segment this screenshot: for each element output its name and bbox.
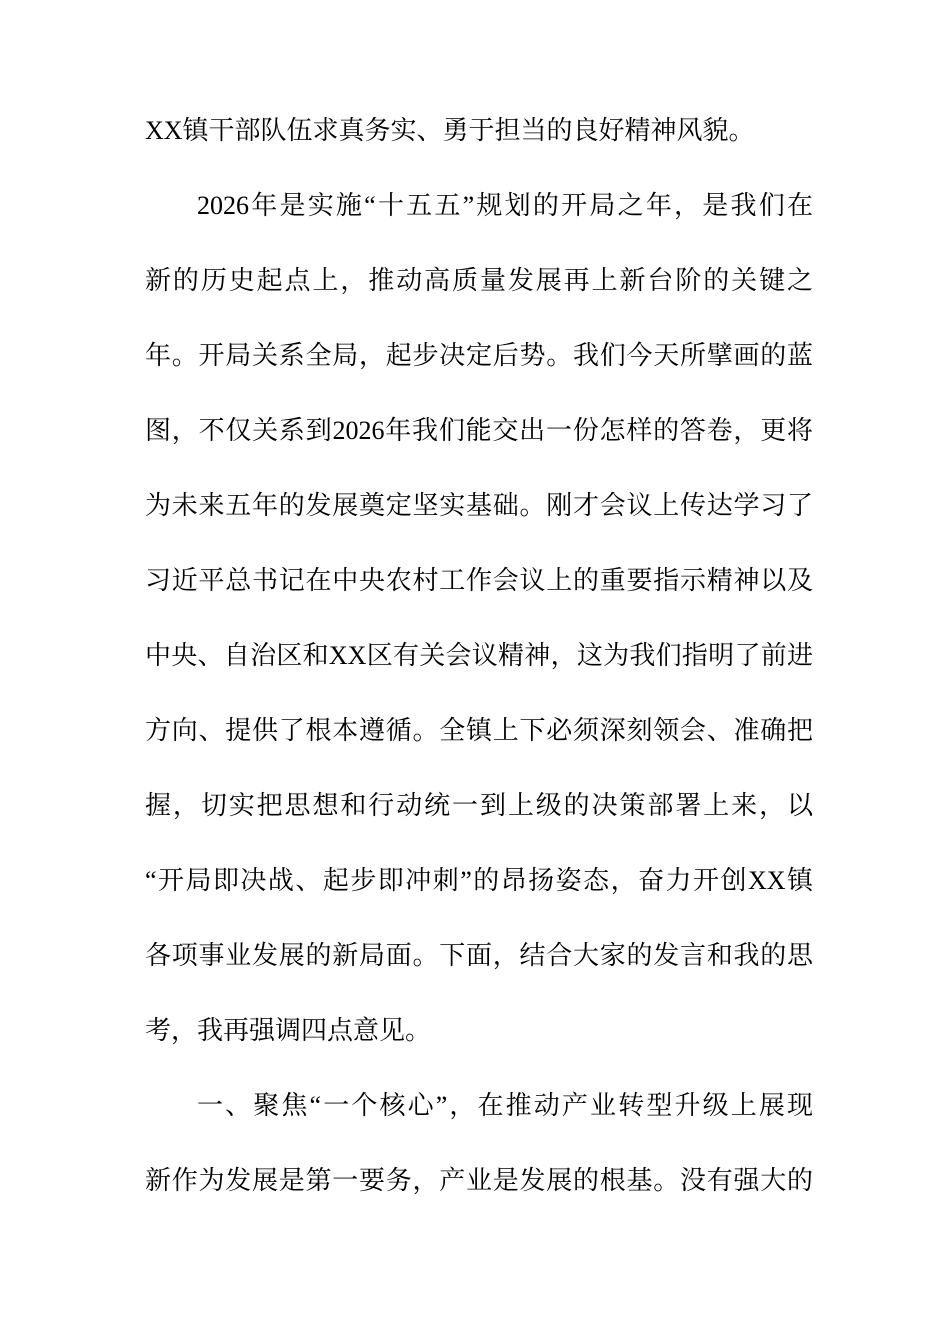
text-line: “开局即决战、起步即冲刺”的昂扬姿态，奋力开创XX镇 (145, 843, 813, 918)
document-page: XX镇干部队伍求真务实、勇于担当的良好精神风貌。 2026年是实施“十五五”规划… (0, 0, 950, 1344)
text-line: 为未来五年的发展奠定坚实基础。刚才会议上传达学习了 (145, 468, 813, 543)
text-line: 中央、自治区和XX区有关会议精神，这为我们指明了前进 (145, 618, 813, 693)
text-line: 考，我再强调四点意见。 (145, 993, 813, 1068)
text-line: 新作为发展是第一要务，产业是发展的根基。没有强大的 (145, 1143, 813, 1218)
text-line: 握，切实把思想和行动统一到上级的决策部署上来，以 (145, 768, 813, 843)
text-line: 习近平总书记在中央农村工作会议上的重要指示精神以及 (145, 543, 813, 618)
text-line: 一、聚焦“一个核心”，在推动产业转型升级上展现 (145, 1068, 813, 1143)
text-line: 各项事业发展的新局面。下面，结合大家的发言和我的思 (145, 918, 813, 993)
document-content: XX镇干部队伍求真务实、勇于担当的良好精神风貌。 2026年是实施“十五五”规划… (145, 93, 813, 1218)
text-line: 方向、提供了根本遵循。全镇上下必须深刻领会、准确把 (145, 693, 813, 768)
text-line: 图，不仅关系到2026年我们能交出一份怎样的答卷，更将 (145, 393, 813, 468)
text-line: 2026年是实施“十五五”规划的开局之年，是我们在 (145, 168, 813, 243)
text-line: 新的历史起点上，推动高质量发展再上新台阶的关键之 (145, 243, 813, 318)
text-line: 年。开局关系全局，起步决定后势。我们今天所擘画的蓝 (145, 318, 813, 393)
text-line: XX镇干部队伍求真务实、勇于担当的良好精神风貌。 (145, 93, 813, 168)
